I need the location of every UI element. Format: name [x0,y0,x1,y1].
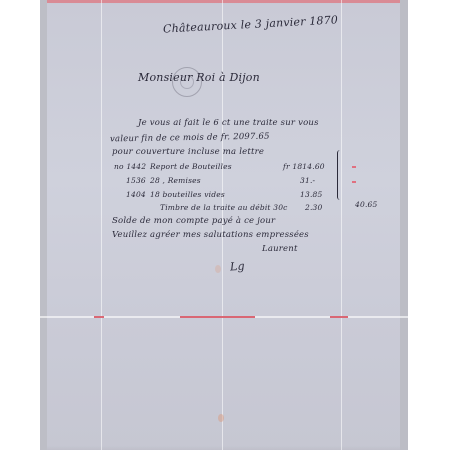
invoice-ref: no 1442 [114,162,146,171]
red-crease [94,316,104,318]
invoice-desc: Timbre de la traite au débit 30c [160,203,288,212]
paper-edge-left [40,0,47,450]
body-line: pour couverture incluse ma lettre [112,147,264,157]
invoice-amount: 13.85 [300,190,322,199]
closing-line: Solde de mon compte payé à ce jour [112,216,275,226]
invoice-amount: 31.- [300,176,315,185]
total-brace [337,150,343,200]
closing-line: Veuillez agréer mes salutations empressé… [112,230,309,240]
invoice-amount: 2.30 [305,203,323,212]
paraph-flourish: Lg [230,260,246,274]
invoice-desc: Report de Bouteilles [150,162,232,171]
invoice-desc: 18 bouteilles vides [150,190,225,199]
paper-stain [218,414,224,422]
fold-line [101,0,102,450]
red-mark [352,181,356,183]
body-line: Je vous ai fait le 6 ct une traite sur v… [138,118,319,128]
invoice-desc: 28 , Remises [150,176,201,185]
paper-edge-right [400,0,408,450]
invoice-total: 40.65 [355,200,377,209]
paper-stain [215,265,221,273]
invoice-amount: fr 1814.60 [283,162,325,171]
top-red-band [47,0,400,3]
invoice-ref: 1536 [126,176,146,185]
salutation: Monsieur Roi à Dijon [138,71,260,84]
invoice-ref: 1404 [126,190,146,199]
fold-line [341,0,342,450]
signature: Laurent [262,244,298,254]
red-crease [180,316,255,318]
red-mark [352,166,356,168]
red-crease [330,316,348,318]
